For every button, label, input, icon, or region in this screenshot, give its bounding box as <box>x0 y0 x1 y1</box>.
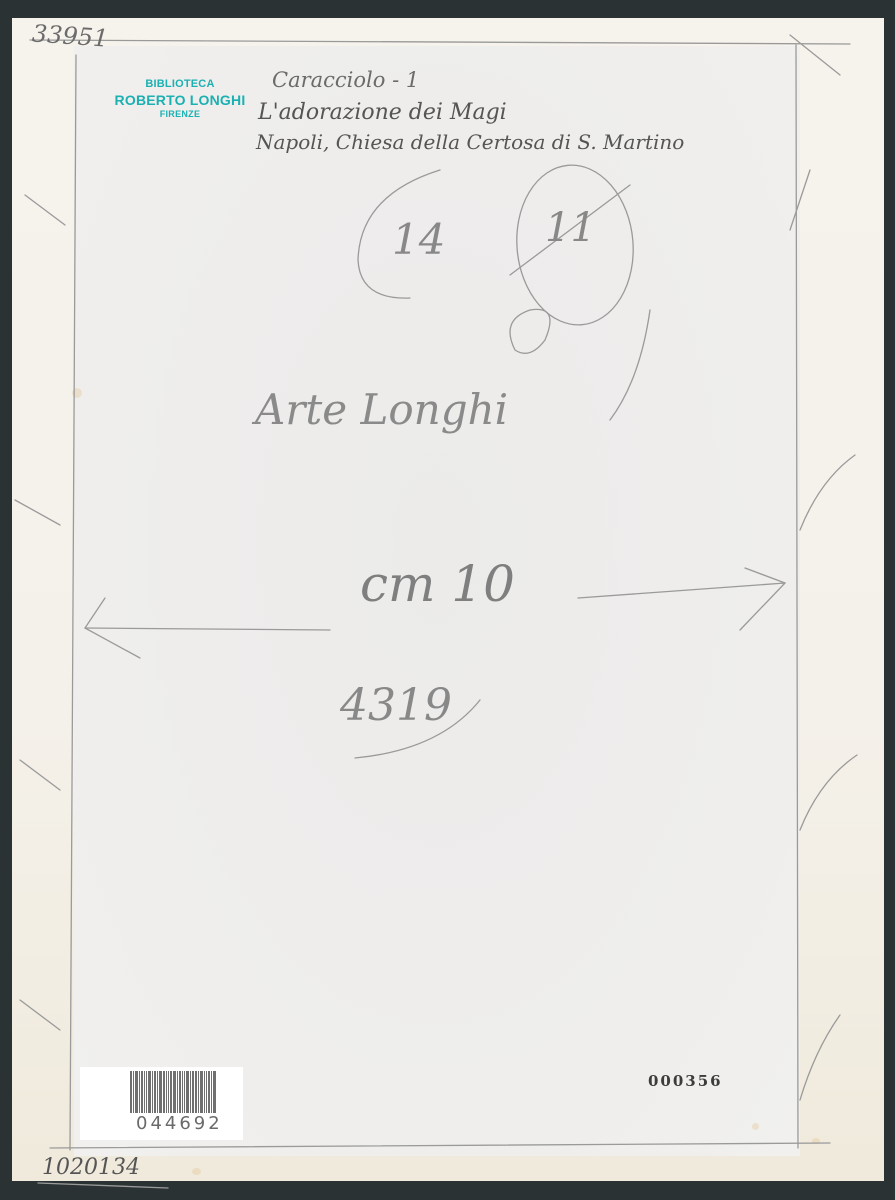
frame-top-line <box>30 40 850 44</box>
barcode-bars <box>130 1071 230 1113</box>
frame-bottom-line <box>50 1143 830 1148</box>
artist-annotation: Caracciolo - 1 <box>272 68 419 92</box>
serial-number-stamp: 000356 <box>648 1072 723 1090</box>
circled-number-14: 14 <box>392 215 445 264</box>
bottom-inventory-number: 1020134 <box>42 1155 140 1180</box>
reference-number-annotation: 4319 <box>340 680 452 731</box>
stamp-line-firenze: FIRENZE <box>100 109 260 120</box>
location-annotation: Napoli, Chiesa della Certosa di S. Marti… <box>256 130 684 154</box>
stamp-line-roberto-longhi: ROBERTO LONGHI <box>100 92 260 110</box>
frame-left-line <box>70 55 76 1150</box>
measurement-annotation: cm 10 <box>360 555 515 613</box>
publication-annotation: Arte Longhi <box>255 385 508 434</box>
circled-number-11-crossed: 11 <box>545 205 596 251</box>
stamp-line-biblioteca: BIBLIOTECA <box>100 78 260 92</box>
barcode-number: 044692 <box>136 1113 223 1134</box>
inventory-number-handwritten: 33951 <box>31 19 109 52</box>
barcode-label: 044692 <box>80 1067 243 1140</box>
title-annotation: L'adorazione dei Magi <box>258 100 507 125</box>
library-stamp: BIBLIOTECA ROBERTO LONGHI FIRENZE <box>100 78 260 121</box>
